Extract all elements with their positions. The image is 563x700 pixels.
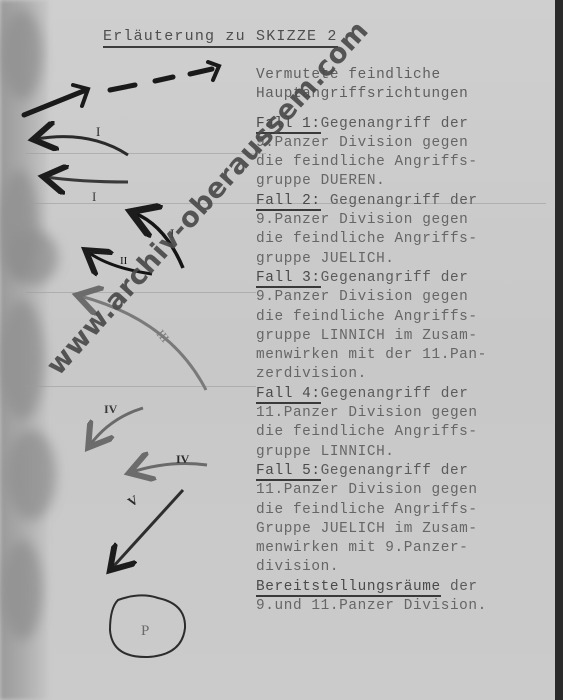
case-text: division. — [256, 558, 556, 577]
arrow-i-1: I — [36, 124, 128, 155]
footer-label: Bereitstellungsräume — [256, 579, 441, 597]
legend-text: Vermutete feindliche Hauptangriffsrichtu… — [256, 66, 556, 616]
case-label: Fall 5: — [256, 463, 321, 481]
case-text: die feindliche Angriffs- — [256, 308, 556, 327]
case-text: die feindliche Angriffs- — [256, 153, 556, 172]
case-text: die feindliche Angriffs- — [256, 423, 556, 442]
svg-text:I: I — [96, 124, 100, 139]
svg-text:P: P — [141, 623, 149, 639]
svg-text:V: V — [125, 492, 141, 510]
case-label: Fall 2: — [256, 193, 321, 211]
main-attack-arrow — [24, 62, 219, 115]
case-text: Gegenangriff der — [321, 463, 469, 479]
footer-text: 9.und 11.Panzer Division. — [256, 597, 556, 616]
case-5: Fall 5:Gegenangriff der 11.Panzer Divisi… — [256, 462, 556, 578]
case-1: Fall 1:Gegenangriff der 9.Panzer Divisio… — [256, 115, 556, 192]
arrow-iv-2: IV — [132, 452, 207, 472]
arrow-iv-1: IV — [90, 402, 143, 445]
svg-text:IV: IV — [104, 402, 118, 416]
case-text: 9.Panzer Division gegen — [256, 288, 556, 307]
page-title: Erläuterung zu SKIZZE 2 — [103, 28, 338, 48]
footer-text: der — [441, 579, 478, 595]
case-text: menwirken mit der 11.Pan- — [256, 346, 556, 365]
assembly-areas: Bereitstellungsräume der 9.und 11.Panzer… — [256, 578, 556, 617]
case-text: 11.Panzer Division gegen — [256, 404, 556, 423]
case-text: gruppe DUEREN. — [256, 172, 556, 191]
case-text: 11.Panzer Division gegen — [256, 481, 556, 500]
case-4: Fall 4:Gegenangriff der 11.Panzer Divisi… — [256, 385, 556, 462]
case-text: die feindliche Angriffs- — [256, 230, 556, 249]
case-text: 9.Panzer Division gegen — [256, 211, 556, 230]
case-label: Fall 3: — [256, 270, 321, 288]
case-text: Gegenangriff der — [321, 386, 469, 402]
case-text: gruppe LINNICH im Zusam- — [256, 327, 556, 346]
case-label: Fall 4: — [256, 386, 321, 404]
case-text: Gegenangriff der — [321, 193, 478, 209]
arrow-i-2: I — [46, 177, 128, 204]
arrow-v: V — [112, 490, 183, 568]
case-3: Fall 3:Gegenangriff der 9.Panzer Divisio… — [256, 269, 556, 385]
case-2: Fall 2: Gegenangriff der 9.Panzer Divisi… — [256, 192, 556, 269]
assembly-area-circle: P — [110, 595, 185, 657]
case-text: gruppe LINNICH. — [256, 443, 556, 462]
case-text: menwirken mit 9.Panzer- — [256, 539, 556, 558]
case-text: die feindliche Angriffs- — [256, 501, 556, 520]
svg-text:IV: IV — [176, 452, 190, 466]
case-text: Gruppe JUELICH im Zusam- — [256, 520, 556, 539]
svg-text:I: I — [92, 189, 96, 204]
case-text: Gegenangriff der — [321, 270, 469, 286]
case-text: gruppe JUELICH. — [256, 250, 556, 269]
case-text: Gegenangriff der — [321, 116, 469, 132]
case-text: zerdivision. — [256, 365, 556, 384]
case-text: 9.Panzer Division gegen — [256, 134, 556, 153]
